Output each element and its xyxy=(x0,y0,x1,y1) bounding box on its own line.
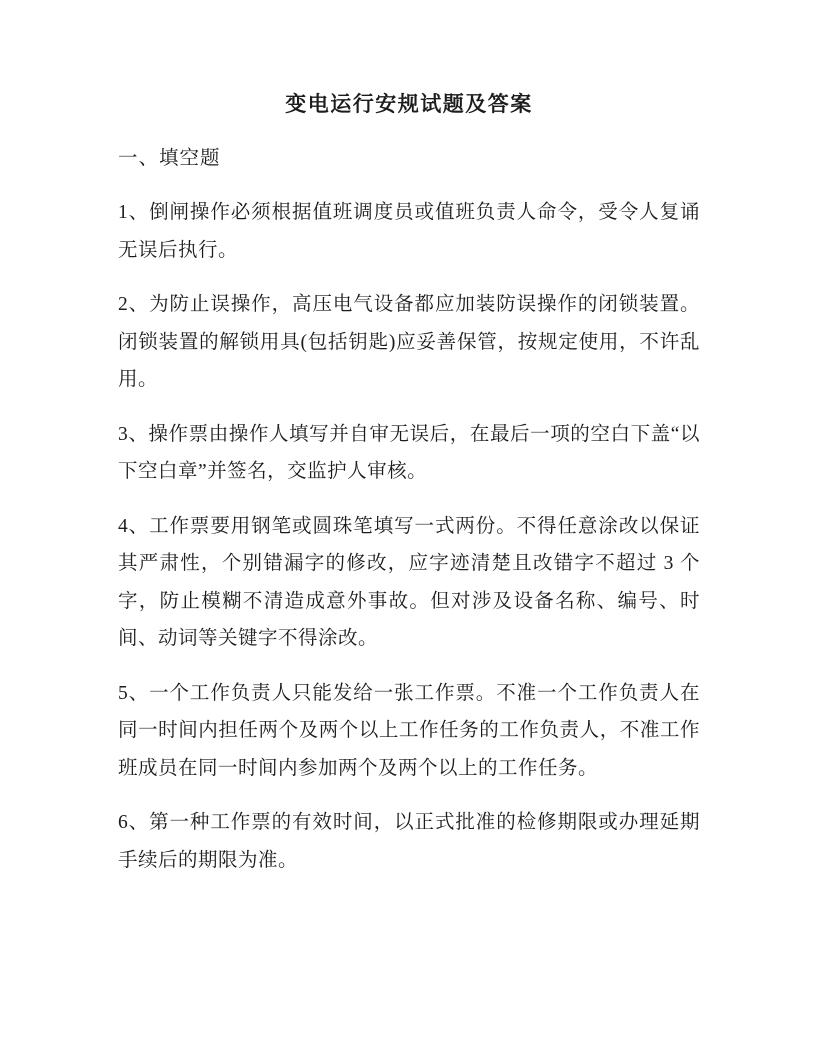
question-item-2: 2、为防止误操作，高压电气设备都应加装防误操作的闭锁装置。闭锁装置的解锁用具(包… xyxy=(118,286,700,399)
question-item-6: 6、第一种工作票的有效时间，以正式批准的检修期限或办理延期手续后的期限为准。 xyxy=(118,804,700,879)
document-title: 变电运行安规试题及答案 xyxy=(118,90,700,118)
question-item-4: 4、工作票要用钢笔或圆珠笔填写一式两份。不得任意涂改以保证其严肃性，个别错漏字的… xyxy=(118,508,700,658)
section-heading: 一、填空题 xyxy=(118,140,700,177)
document-page: 变电运行安规试题及答案 一、填空题 1、倒闸操作必须根据值班调度员或值班负责人命… xyxy=(0,0,816,1056)
question-item-1: 1、倒闸操作必须根据值班调度员或值班负责人命令，受令人复诵无误后执行。 xyxy=(118,194,700,269)
question-item-5: 5、一个工作负责人只能发给一张工作票。不准一个工作负责人在同一时间内担任两个及两… xyxy=(118,675,700,788)
question-item-3: 3、操作票由操作人填写并自审无误后，在最后一项的空白下盖“以下空白章”并签名，交… xyxy=(118,416,700,491)
